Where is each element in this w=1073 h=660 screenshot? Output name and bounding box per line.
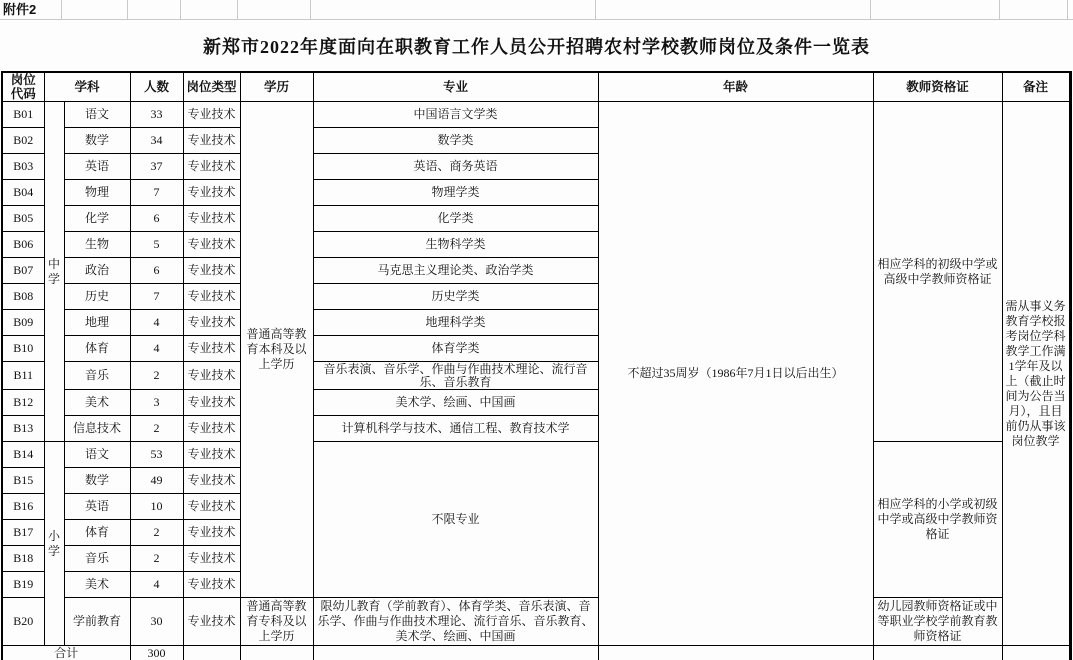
cell-code: B06: [2, 232, 44, 258]
total-count: 300: [130, 646, 183, 660]
header-certificate: 教师资格证: [873, 72, 1002, 102]
cell-type: 专业技术: [183, 494, 240, 520]
cell-subject: 信息技术: [64, 416, 130, 442]
cell-subject: 化学: [64, 206, 130, 232]
cell-count: 5: [130, 232, 183, 258]
empty-cell: [183, 646, 240, 660]
cell-subject: 语文: [64, 442, 130, 468]
cell-subject: 体育: [64, 520, 130, 546]
cell-type: 专业技术: [183, 598, 240, 646]
cell-type: 专业技术: [183, 362, 240, 390]
cell-count: 2: [130, 416, 183, 442]
cell-code: B08: [2, 284, 44, 310]
table-header-row: 岗位代码 学科 人数 岗位类型 学历 专业 年龄 教师资格证 备注: [2, 72, 1070, 102]
cell-type: 专业技术: [183, 232, 240, 258]
cell-count: 4: [130, 310, 183, 336]
cell-code: B03: [2, 154, 44, 180]
table-total-row: 合计 300: [2, 646, 1070, 660]
cell-code: B20: [2, 598, 44, 646]
cell-major: 地理科学类: [313, 310, 598, 336]
cell-count: 7: [130, 180, 183, 206]
cell-count: 4: [130, 336, 183, 362]
cell-code: B17: [2, 520, 44, 546]
cell-major: 物理学类: [313, 180, 598, 206]
cell-type: 专业技术: [183, 416, 240, 442]
group-middle-school: 中学: [44, 102, 64, 442]
header-major: 专业: [313, 72, 598, 102]
cell-count: 6: [130, 258, 183, 284]
cell-count: 49: [130, 468, 183, 494]
cell-type: 专业技术: [183, 154, 240, 180]
cell-count: 7: [130, 284, 183, 310]
empty-cell: [1002, 646, 1070, 660]
cell-subject: 音乐: [64, 546, 130, 572]
cell-count: 33: [130, 102, 183, 128]
positions-table: 岗位代码 学科 人数 岗位类型 学历 专业 年龄 教师资格证 备注 B01 中学…: [1, 71, 1072, 660]
grid-cell: [128, 0, 181, 19]
grid-cell: [238, 0, 311, 19]
cell-subject: 美术: [64, 390, 130, 416]
cell-type: 专业技术: [183, 442, 240, 468]
cell-count: 2: [130, 546, 183, 572]
cell-type: 专业技术: [183, 310, 240, 336]
empty-cell: [240, 646, 313, 660]
cell-count: 2: [130, 362, 183, 390]
cell-cert-middle: 相应学科的初级中学或高级中学教师资格证: [873, 102, 1002, 442]
cell-type: 专业技术: [183, 520, 240, 546]
cell-code: B04: [2, 180, 44, 206]
table-row-b20: B20 学前教育 30 专业技术 普通高等教育专科及以上学历 限幼儿教育（学前教…: [2, 598, 1070, 646]
cell-subject: 学前教育: [64, 598, 130, 646]
empty-cell: [313, 646, 598, 660]
cell-code: B18: [2, 546, 44, 572]
cell-major: 计算机科学与技术、通信工程、教育技术学: [313, 416, 598, 442]
spreadsheet-gridline-row: 附件2: [0, 0, 1073, 20]
title-row: 新郑市2022年度面向在职教育工作人员公开招聘农村学校教师岗位及条件一览表: [0, 20, 1073, 71]
cell-type: 专业技术: [183, 284, 240, 310]
table-row-b01: B01 中学 语文 33 专业技术 普通高等教育本科及以上学历 中国语言文学类 …: [2, 102, 1070, 128]
header-education: 学历: [240, 72, 313, 102]
cell-type: 专业技术: [183, 468, 240, 494]
cell-subject: 数学: [64, 128, 130, 154]
cell-code: B16: [2, 494, 44, 520]
cell-count: 10: [130, 494, 183, 520]
cell-subject: 物理: [64, 180, 130, 206]
cell-type: 专业技术: [183, 572, 240, 598]
cell-major: 英语、商务英语: [313, 154, 598, 180]
cell-age-requirement: 不超过35周岁（1986年7月1日以后出生）: [598, 102, 873, 646]
cell-note: 需从事义务教育学校报考岗位学科教学工作满1学年及以上（截止时间为公告当月），且目…: [1002, 102, 1070, 646]
group-primary-school: 小学: [44, 442, 64, 646]
header-code: 岗位代码: [2, 72, 44, 102]
cell-subject: 英语: [64, 154, 130, 180]
grid-cell: [62, 0, 128, 19]
cell-type: 专业技术: [183, 180, 240, 206]
cell-major-unlimited: 不限专业: [313, 442, 598, 598]
grid-cell: [1068, 0, 1073, 19]
cell-major: 历史学类: [313, 284, 598, 310]
grid-cell: [596, 0, 871, 19]
cell-subject: 数学: [64, 468, 130, 494]
cell-code: B19: [2, 572, 44, 598]
cell-major: 中国语言文学类: [313, 102, 598, 128]
cell-code: B15: [2, 468, 44, 494]
empty-cell: [873, 646, 1002, 660]
cell-code: B07: [2, 258, 44, 284]
header-count: 人数: [130, 72, 183, 102]
cell-count: 34: [130, 128, 183, 154]
table-row-b14: B14 小学 语文 53 专业技术 不限专业 相应学科的小学或初级中学或高级中学…: [2, 442, 1070, 468]
cell-subject: 生物: [64, 232, 130, 258]
cell-code: B09: [2, 310, 44, 336]
cell-code: B13: [2, 416, 44, 442]
cell-code: B05: [2, 206, 44, 232]
empty-cell: [598, 646, 873, 660]
cell-count: 6: [130, 206, 183, 232]
cell-education-main: 普通高等教育本科及以上学历: [240, 102, 313, 598]
cell-code: B10: [2, 336, 44, 362]
cell-type: 专业技术: [183, 258, 240, 284]
cell-subject: 语文: [64, 102, 130, 128]
cell-type: 专业技术: [183, 102, 240, 128]
cell-code: B01: [2, 102, 44, 128]
cell-subject: 政治: [64, 258, 130, 284]
page-title: 新郑市2022年度面向在职教育工作人员公开招聘农村学校教师岗位及条件一览表: [203, 33, 870, 59]
cell-code: B12: [2, 390, 44, 416]
grid-cell: [1000, 0, 1068, 19]
cell-major: 化学类: [313, 206, 598, 232]
grid-cell: [181, 0, 238, 19]
cell-major: 数学类: [313, 128, 598, 154]
cell-subject: 英语: [64, 494, 130, 520]
total-label: 合计: [2, 646, 130, 660]
cell-count: 53: [130, 442, 183, 468]
cell-code: B02: [2, 128, 44, 154]
cell-major: 生物科学类: [313, 232, 598, 258]
cell-code: B14: [2, 442, 44, 468]
cell-cert-preschool: 幼儿园教师资格证或中等职业学校学前教育教师资格证: [873, 598, 1002, 646]
cell-type: 专业技术: [183, 206, 240, 232]
cell-type: 专业技术: [183, 390, 240, 416]
header-age: 年龄: [598, 72, 873, 102]
cell-subject: 地理: [64, 310, 130, 336]
cell-type: 专业技术: [183, 546, 240, 572]
header-type: 岗位类型: [183, 72, 240, 102]
attachment-label: 附件2: [0, 0, 62, 19]
cell-count: 2: [130, 520, 183, 546]
cell-count: 37: [130, 154, 183, 180]
cell-education-b20: 普通高等教育专科及以上学历: [240, 598, 313, 646]
cell-count: 30: [130, 598, 183, 646]
cell-subject: 体育: [64, 336, 130, 362]
spreadsheet-page: 附件2 新郑市2022年度面向在职教育工作人员公开招聘农村学校教师岗位及条件一览…: [0, 0, 1073, 660]
cell-major: 美术学、绘画、中国画: [313, 390, 598, 416]
header-note: 备注: [1002, 72, 1070, 102]
cell-subject: 历史: [64, 284, 130, 310]
cell-major: 限幼儿教育（学前教育）、体育学类、音乐表演、音乐学、作曲与作曲技术理论、流行音乐…: [313, 598, 598, 646]
grid-cell: [871, 0, 1000, 19]
cell-type: 专业技术: [183, 128, 240, 154]
cell-major: 音乐表演、音乐学、作曲与作曲技术理论、流行音乐、音乐教育: [313, 362, 598, 390]
header-subject: 学科: [44, 72, 130, 102]
grid-cell: [311, 0, 596, 19]
cell-count: 4: [130, 572, 183, 598]
cell-major: 马克思主义理论类、政治学类: [313, 258, 598, 284]
cell-subject: 音乐: [64, 362, 130, 390]
cell-subject: 美术: [64, 572, 130, 598]
cell-type: 专业技术: [183, 336, 240, 362]
cell-code: B11: [2, 362, 44, 390]
cell-count: 3: [130, 390, 183, 416]
cell-cert-primary: 相应学科的小学或初级中学或高级中学教师资格证: [873, 442, 1002, 598]
cell-major: 体育学类: [313, 336, 598, 362]
